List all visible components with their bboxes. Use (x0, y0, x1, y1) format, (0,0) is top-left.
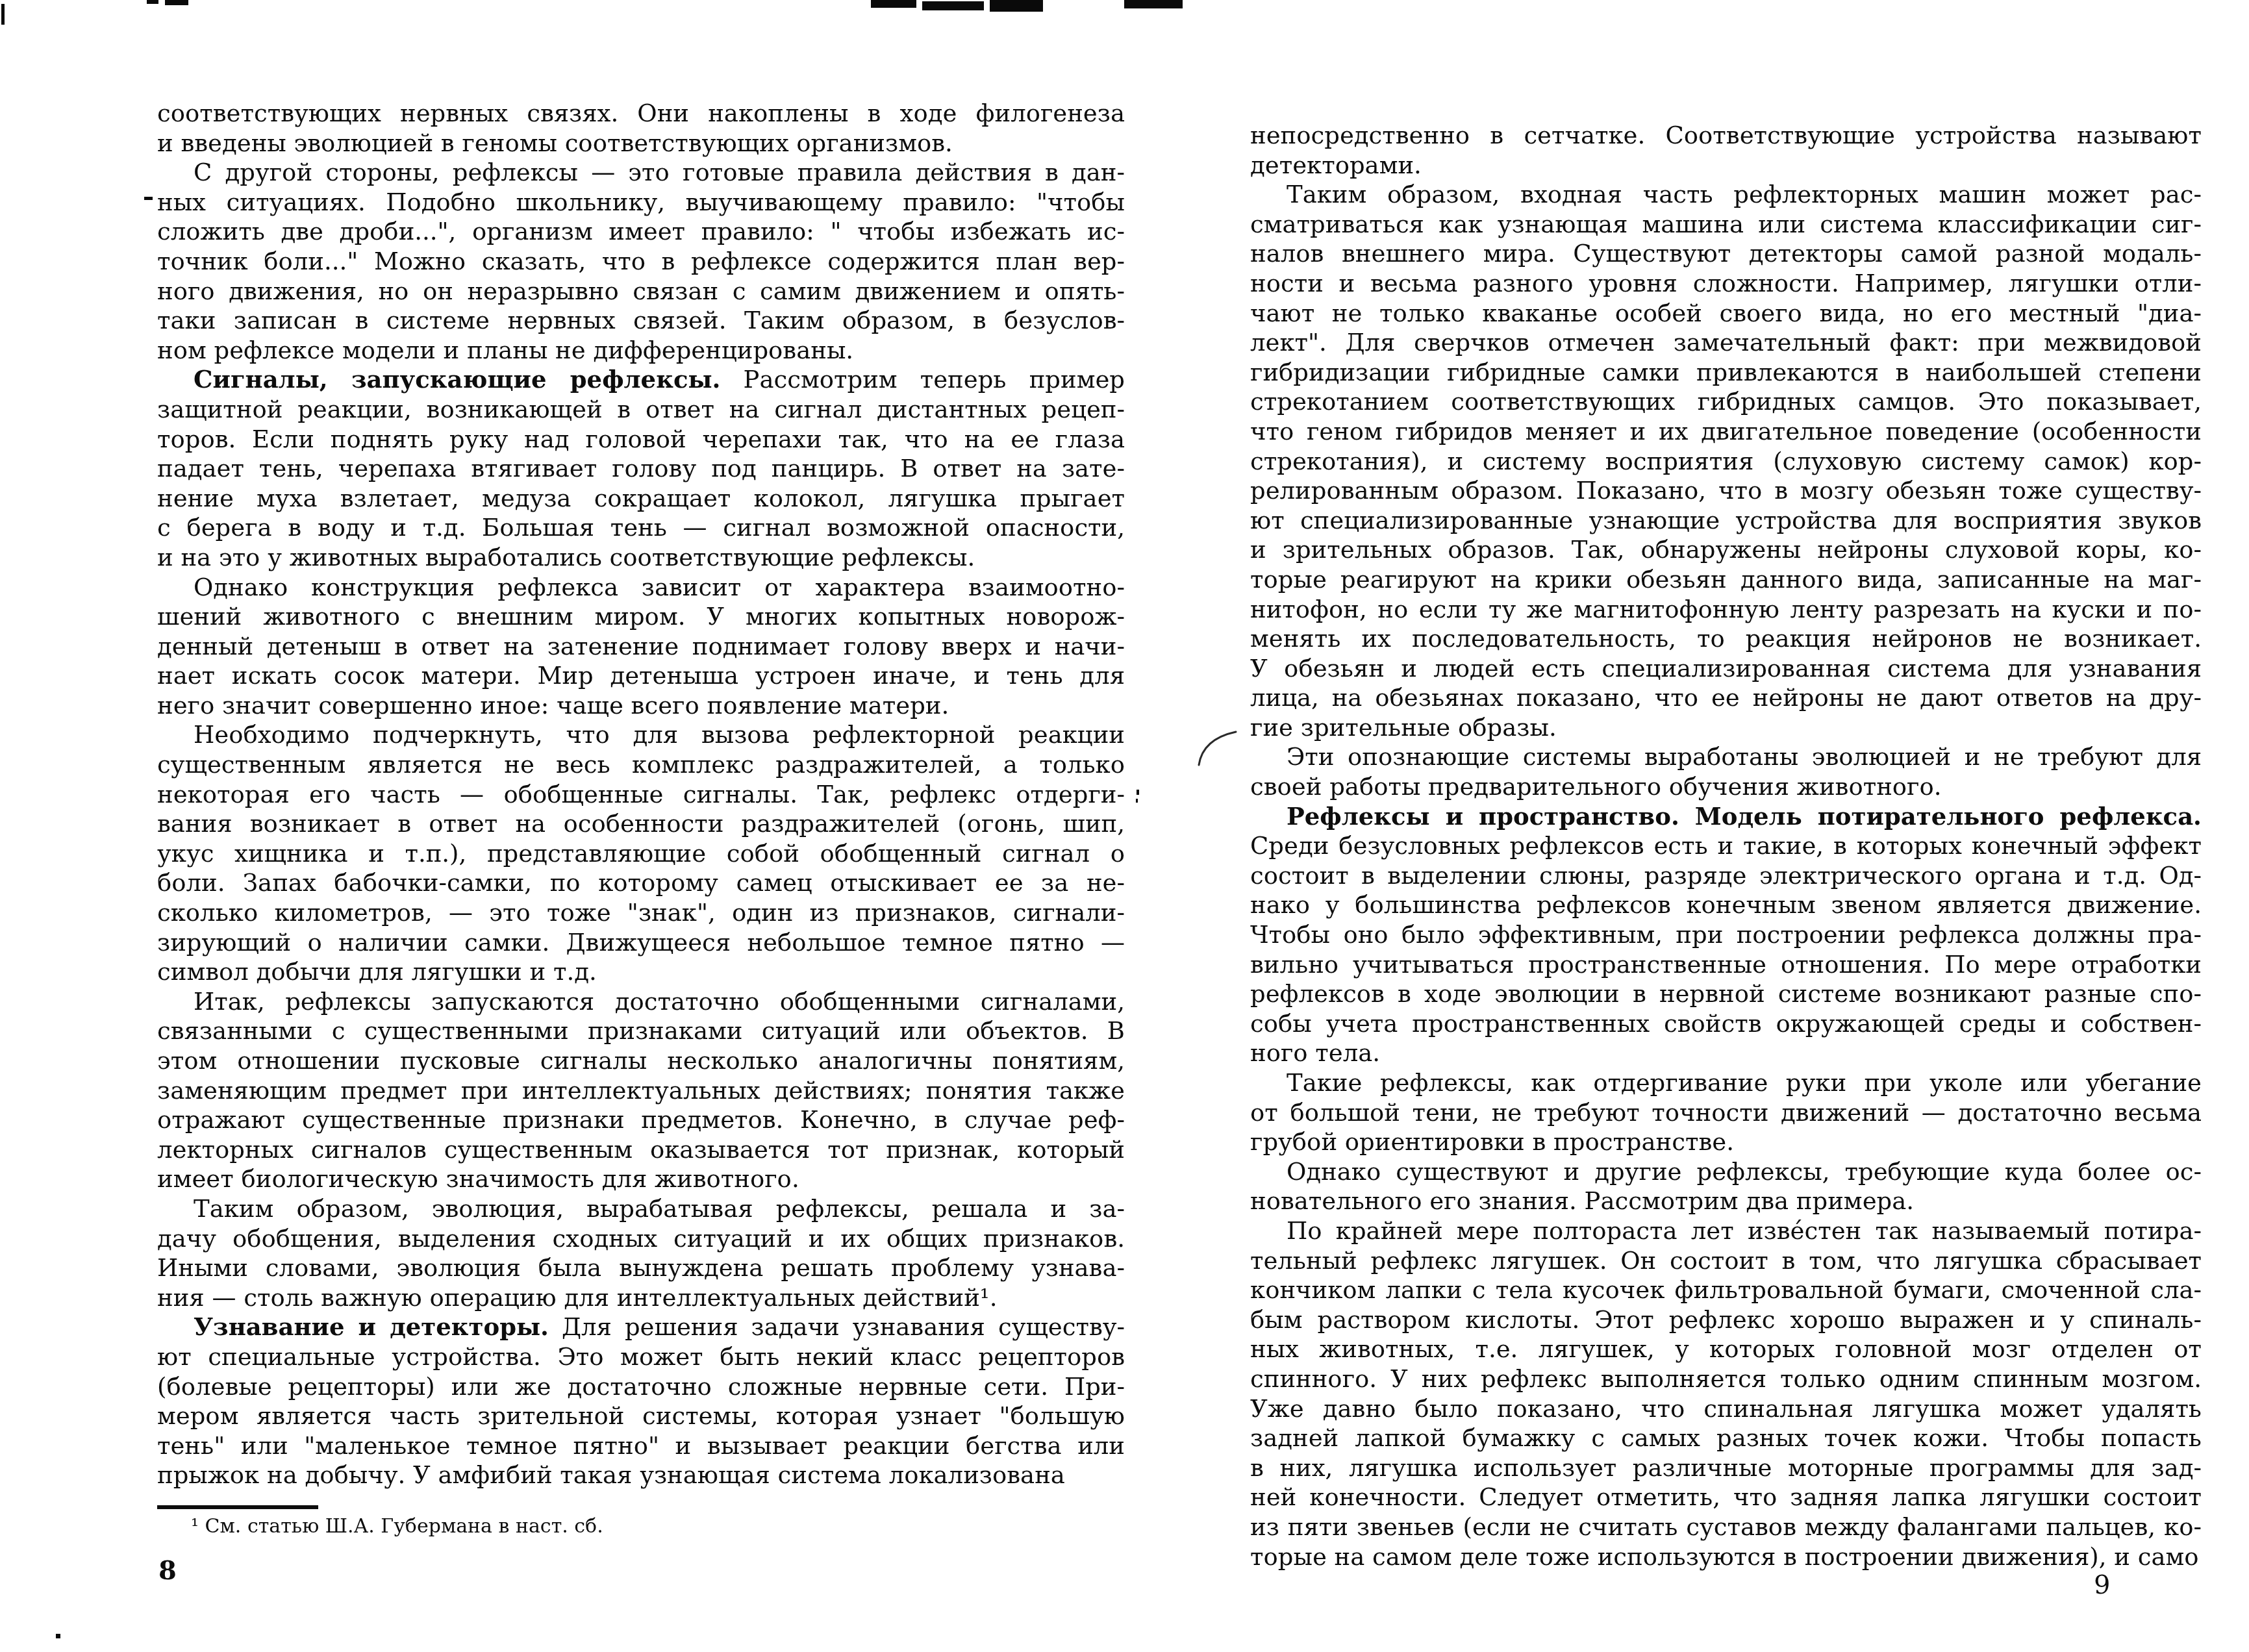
text-line: лект". Для сверчков отмечен замечательны… (1250, 328, 2202, 358)
text-line: состоит в выделении слюны, разряде элект… (1250, 861, 2202, 891)
text-line: менять их последовательность, то реакция… (1250, 624, 2202, 654)
page-number-8: 8 (158, 1556, 177, 1586)
text-line: Узнавание и детекторы. Для решения задач… (157, 1312, 1125, 1342)
text-line: сколько километров, — это тоже "знак", о… (157, 898, 1125, 928)
footnote-rule (157, 1505, 318, 1509)
text-line: сложить две дроби...", организм имеет пр… (157, 217, 1125, 247)
text-line: кончиком лапки с тела кусочек фильтровал… (1250, 1275, 2202, 1305)
text-line: укус хищника и т.п.), представляющие соб… (157, 839, 1125, 869)
text-line: Чтобы оно было эффективным, при построен… (1250, 920, 2202, 950)
text-line: грубой ориентировки в пространстве. (1250, 1127, 2202, 1157)
scan-artifact (147, 0, 158, 4)
text-line: непосредственно в сетчатке. Соответствую… (1250, 121, 2202, 151)
text-line: Эти опознающие системы выработаны эволюц… (1250, 742, 2202, 772)
text-line: ют специализированные узнающие устройств… (1250, 506, 2202, 536)
text-line: детекторами. (1250, 151, 2202, 181)
text-line: С другой стороны, рефлексы — это готовые… (157, 158, 1125, 188)
text-line: Рефлексы и пространство. Модель потирате… (1250, 802, 2202, 832)
text-line: имеет биологическую значимость для живот… (157, 1164, 1125, 1194)
text-line: тень" или "маленькое темное пятно" и выз… (157, 1431, 1125, 1461)
text-line: падает тень, черепаха втягивает голову п… (157, 454, 1125, 484)
text-line: и введены эволюцией в геномы соответству… (157, 129, 1125, 158)
text-line: связанными с существенными признаками си… (157, 1016, 1125, 1046)
text-line: денный детеныш в ответ на затенение подн… (157, 632, 1125, 662)
text-line: точник боли..." Можно сказать, что в реф… (157, 247, 1125, 277)
section-heading: Сигналы, запускающие рефлексы. (194, 365, 720, 394)
text-line: спинного. У них рефлекс выполняется толь… (1250, 1364, 2202, 1394)
text-line: торов. Если поднять руку над головой чер… (157, 425, 1125, 455)
text-line: прыжок на добычу. У амфибий такая узнающ… (157, 1460, 1125, 1490)
pen-stroke-icon (1197, 730, 1238, 768)
scan-artifact (56, 1634, 60, 1638)
text-line: рефлексов в ходе эволюции в нервной сист… (1250, 979, 2202, 1009)
text-line: ного движения, но он неразрывно связан с… (157, 277, 1125, 307)
text-line: Уже давно было показано, что спинальная … (1250, 1394, 2202, 1424)
text-line: вания возникает в ответ на особенности р… (157, 809, 1125, 839)
text-line: нитофон, но если ту же магнитофонную лен… (1250, 595, 2202, 625)
scan-artifact (1137, 790, 1139, 795)
text-line: стрекотанием соответствующих гибридных с… (1250, 387, 2202, 417)
text-line: отражают существенные признаки предметов… (157, 1105, 1125, 1135)
scan-artifact (871, 0, 916, 8)
text-line: (болевые рецепторы) или же достаточно сл… (157, 1372, 1125, 1402)
text-line: чают не только кваканье особей своего ви… (1250, 299, 2202, 329)
text-line: зирующий о наличии самки. Движущееся неб… (157, 928, 1125, 958)
text-line: ния — столь важную операцию для интеллек… (157, 1283, 1125, 1313)
text-line: нако у большинства рефлексов конечным зв… (1250, 890, 2202, 920)
text-line: Таким образом, входная часть рефлекторны… (1250, 180, 2202, 210)
pen-stroke-mark (1197, 730, 1238, 768)
text-line: и на это у животных выработались соответ… (157, 543, 1125, 573)
text-line: Таким образом, эволюция, вырабатывая реф… (157, 1194, 1125, 1224)
text-line: Такие рефлексы, как отдергивание руки пр… (1250, 1068, 2202, 1098)
scan-artifact (165, 0, 188, 5)
text-line: налов внешнего мира. Существуют детектор… (1250, 239, 2202, 269)
text-line: из пяти звеньев (если не считать суставо… (1250, 1512, 2202, 1542)
text-line: существенным является не весь комплекс р… (157, 750, 1125, 780)
text-line: новательного его знания. Рассмотрим два … (1250, 1186, 2202, 1216)
page-8-text-block: соответствующих нервных связях. Они нако… (157, 99, 1125, 1490)
text-line: По крайней мере полтораста лет изве́стен… (1250, 1216, 2202, 1246)
text-line: У обезьян и людей есть специализированна… (1250, 654, 2202, 684)
text-line: этом отношении пусковые сигналы нескольк… (157, 1046, 1125, 1076)
scan-artifact (990, 0, 1043, 12)
scan-artifact (1, 4, 5, 25)
text-line: стрекотания), и систему восприятия (слух… (1250, 447, 2202, 477)
text-line: Необходимо подчеркнуть, что для вызова р… (157, 720, 1125, 750)
text-line: торые на самом деле тоже используются в … (1250, 1542, 2202, 1572)
text-line: с берега в воду и т.д. Большая тень — си… (157, 513, 1125, 543)
scan-artifact (1124, 0, 1183, 8)
scan-artifact (922, 1, 984, 10)
footnote: ¹ См. статью Ш.А. Губермана в наст. сб. (157, 1513, 1125, 1540)
book-scan-spread: соответствующих нервных связях. Они нако… (0, 0, 2249, 1652)
text-line: Однако конструкция рефлекса зависит от х… (157, 573, 1125, 603)
text-line: релированным образом. Показано, что в мо… (1250, 476, 2202, 506)
text-line: ном рефлексе модели и планы не дифференц… (157, 336, 1125, 366)
text-line: Сигналы, запускающие рефлексы. Рассмотри… (157, 365, 1125, 395)
text-line: заменяющим предмет при интеллектуальных … (157, 1076, 1125, 1106)
text-line: сматриваться как узнающая машина или сис… (1250, 210, 2202, 240)
text-line: ют специальные устройства. Это может быт… (157, 1342, 1125, 1372)
text-line: ных животных, т.е. лягушек, у которых го… (1250, 1334, 2202, 1364)
scan-artifact (144, 197, 153, 200)
text-line: что геном гибридов меняет и их двигатель… (1250, 417, 2202, 447)
text-line: торые реагируют на крики обезьян данного… (1250, 565, 2202, 595)
text-line: боли. Запах бабочки-самки, по которому с… (157, 868, 1125, 898)
text-line: некоторая его часть — обобщенные сигналы… (157, 780, 1125, 810)
text-line: дачу обобщения, выделения сходных ситуац… (157, 1224, 1125, 1254)
text-line: гибридизации гибридные самки привлекаютс… (1250, 358, 2202, 388)
page-number-9: 9 (2094, 1570, 2110, 1600)
scan-artifact (1136, 799, 1138, 803)
text-line: ней конечности. Следует отметить, что за… (1250, 1483, 2202, 1512)
text-line: Иными словами, эволюция была вынуждена р… (157, 1253, 1125, 1283)
text-line: лекторных сигналов существенным оказывае… (157, 1135, 1125, 1165)
text-line: Среди безусловных рефлексов есть и такие… (1250, 831, 2202, 861)
text-line: вильно учитываться пространственные отно… (1250, 950, 2202, 980)
text-line: тельный рефлекс лягушек. Он состоит в то… (1250, 1246, 2202, 1276)
text-line: символ добычи для лягушки и т.д. (157, 957, 1125, 987)
text-line: в них, лягушка использует различные мото… (1250, 1453, 2202, 1483)
text-line: своей работы предварительного обучения ж… (1250, 772, 2202, 802)
text-line: ности и весьма разного уровня сложности.… (1250, 269, 2202, 299)
text-line: нает искать сосок матери. Мир детеныша у… (157, 661, 1125, 691)
text-line: мером является часть зрительной системы,… (157, 1401, 1125, 1431)
text-line: гие зрительные образы. (1250, 713, 2202, 743)
text-line: Итак, рефлексы запускаются достаточно об… (157, 987, 1125, 1017)
text-line: собы учета пространственных свойств окру… (1250, 1009, 2202, 1039)
text-line: бым раствором кислоты. Этот рефлекс хоро… (1250, 1305, 2202, 1335)
text-line: защитной реакции, возникающей в ответ на… (157, 395, 1125, 425)
section-heading: Рефлексы и пространство. Модель потирате… (1287, 802, 2202, 831)
text-line: от большой тени, не требуют точности дви… (1250, 1098, 2202, 1128)
text-line: соответствующих нервных связях. Они нако… (157, 99, 1125, 129)
text-line: таки записан в системе нервных связей. Т… (157, 306, 1125, 336)
text-line: него значит совершенно иное: чаще всего … (157, 691, 1125, 721)
text-line: Однако существуют и другие рефлексы, тре… (1250, 1157, 2202, 1187)
text-line: ных ситуациях. Подобно школьнику, выучив… (157, 188, 1125, 218)
text-line: ного тела. (1250, 1038, 2202, 1068)
text-line: задней лапкой бумажку с самых разных точ… (1250, 1423, 2202, 1453)
text-line: шений животного с внешним миром. У многи… (157, 602, 1125, 632)
text-line: лица, на обезьянах показано, что ее нейр… (1250, 683, 2202, 713)
page-9-text-block: непосредственно в сетчатке. Соответствую… (1250, 121, 2202, 1571)
text-line: и зрительных образов. Так, обнаружены не… (1250, 535, 2202, 565)
text-line: нение муха взлетает, медуза сокращает ко… (157, 484, 1125, 514)
section-heading: Узнавание и детекторы. (194, 1312, 549, 1341)
